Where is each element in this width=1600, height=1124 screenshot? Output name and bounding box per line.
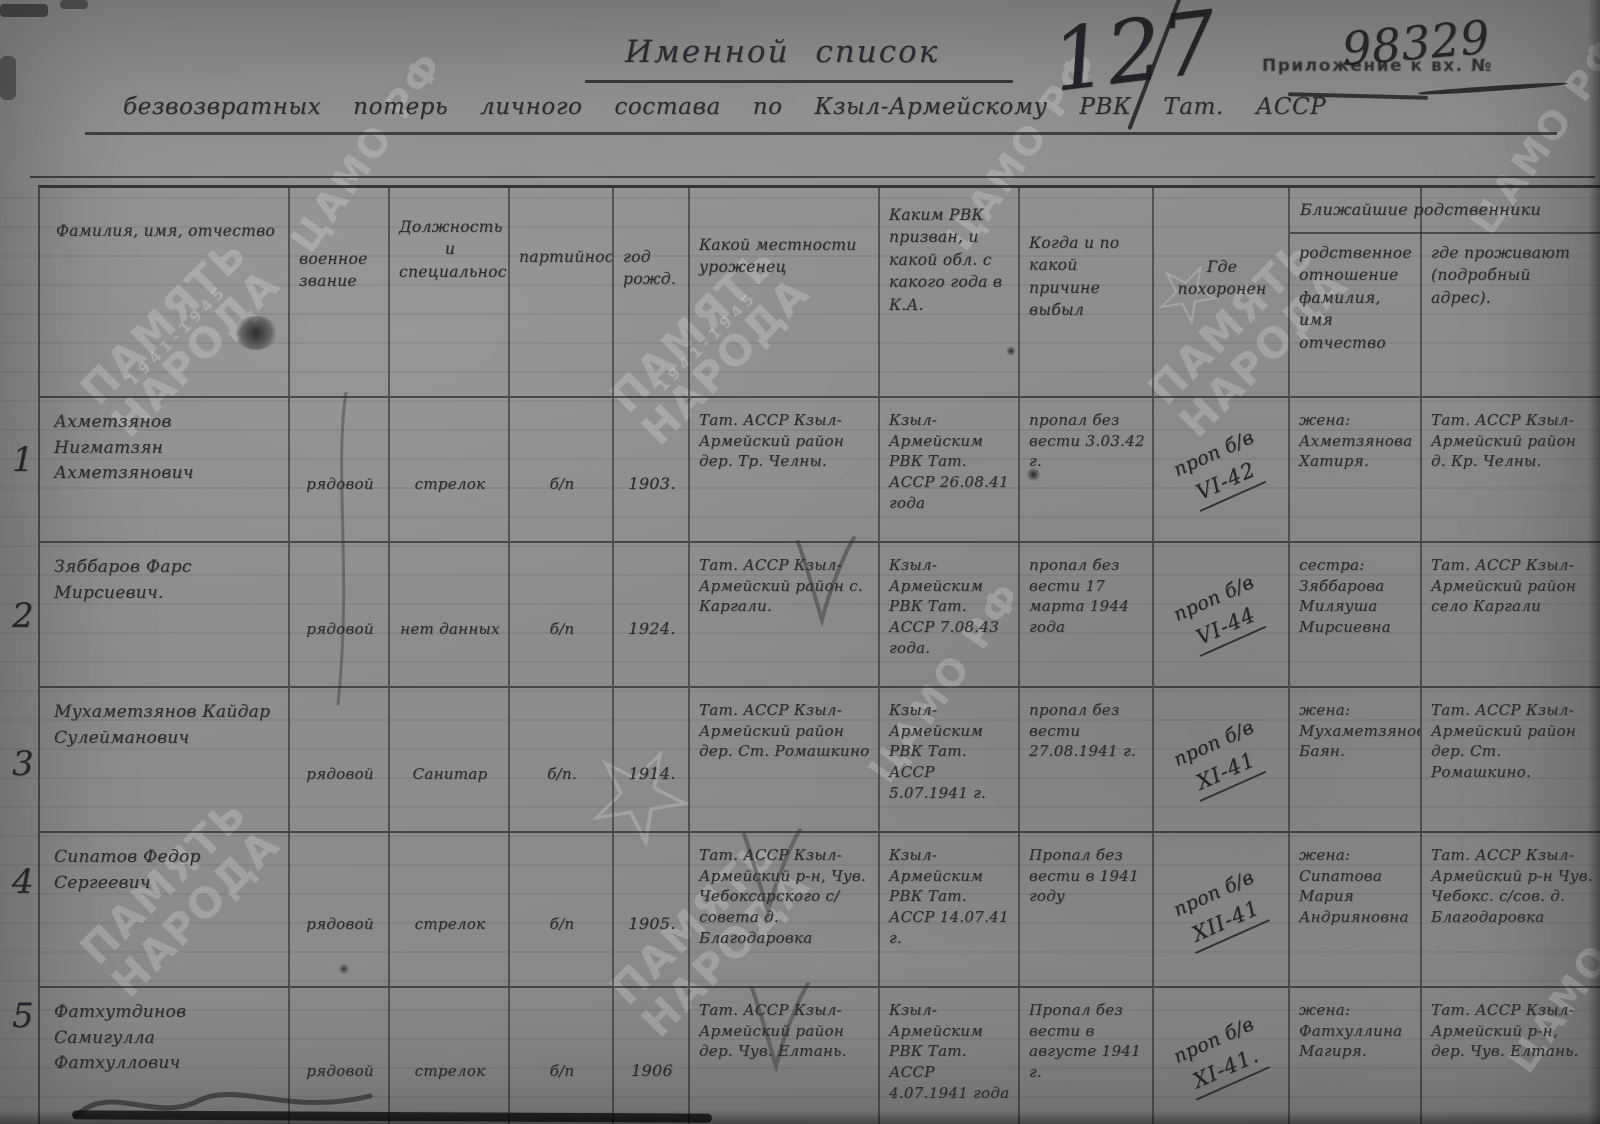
cell-drafted: Кзыл-Армейским РВК Тат. АССР 26.08.41 го…	[880, 398, 1020, 543]
cell-rank: рядовой	[290, 543, 390, 688]
cell-birthplace: Тат. АССР Кзыл-Армейский район с. Каргал…	[690, 543, 880, 688]
cell-year: 1903.	[614, 398, 690, 543]
cell-fate: пропал без вести 17 марта 1944 года	[1020, 543, 1154, 688]
document-title: Именной список	[625, 34, 1013, 70]
cell-birthplace: Тат. АССР Кзыл-Армейский район дер. Ст. …	[690, 688, 880, 833]
burial-pencil-note: проп б/вVI-42	[1169, 424, 1272, 515]
cell-grave: проп б/вVI-42	[1154, 398, 1290, 543]
cell-address: Тат. АССР Кзыл-Армейский район д. Кр. Че…	[1422, 398, 1600, 543]
cell-fate: пропал без вести 27.08.1941 г.	[1020, 688, 1154, 833]
cell-relative: жена: Ахметзянова Хатиря.	[1290, 398, 1422, 543]
cell-address: Тат. АССР Кзыл-Армейский район дер. Ст. …	[1422, 688, 1600, 833]
header-birthplace: Какой местности уроженец	[690, 188, 880, 398]
row-number: 3	[12, 744, 34, 784]
cell-duty: стрелок	[390, 988, 510, 1124]
document-subtitle-block: безвозвратных потерь личного состава по …	[85, 94, 1557, 135]
cell-address: Тат. АССР Кзыл-Армейский р-н, дер. Чув. …	[1422, 988, 1600, 1124]
cell-duty: Санитар	[390, 688, 510, 833]
table-top-rule	[30, 176, 1595, 178]
cell-party: б/п	[510, 988, 614, 1124]
cell-year: 1924.	[614, 543, 690, 688]
row-number: 4	[12, 862, 34, 902]
cell-address: Тат. АССР Кзыл-Армейский район село Карг…	[1422, 543, 1600, 688]
cell-year: 1905.	[614, 833, 690, 988]
cell-party: б/п	[510, 543, 614, 688]
cell-rank: рядовой	[290, 688, 390, 833]
scan-artifact	[0, 56, 16, 100]
burial-pencil-note: проп б/вVI-44	[1169, 569, 1272, 660]
cell-name: Фатхутдинов Самигулла Фатхуллович	[40, 988, 290, 1124]
cell-drafted: Кзыл-Армейским РВК Тат. АССР 4.07.1941 г…	[880, 988, 1020, 1124]
page-edge-shadow	[0, 1110, 1600, 1124]
cell-name: Сипатов Федор Сергеевич	[40, 833, 290, 988]
cell-grave: проп б/вXI-41	[1154, 688, 1290, 833]
cell-birthplace: Тат. АССР Кзыл-Армейский р-н, Чув. Чебок…	[690, 833, 880, 988]
cell-duty: нет данных	[390, 543, 510, 688]
header-name: Фамилия, имя, отчество	[40, 188, 290, 398]
cell-rank: рядовой	[290, 398, 390, 543]
row-number: 1	[12, 440, 34, 480]
cell-name: Зяббаров Фарс Мирсиевич.	[40, 543, 290, 688]
casualty-table: Ближайшие родственники Фамилия, имя, отч…	[38, 185, 1600, 1124]
cell-year: 1906	[614, 988, 690, 1124]
cell-party: б/п	[510, 833, 614, 988]
cell-relative: сестра: Зяббарова Миляуша Мирсиевна	[1290, 543, 1422, 688]
cell-party: б/п.	[510, 688, 614, 833]
cell-duty: стрелок	[390, 833, 510, 988]
cell-year: 1914.	[614, 688, 690, 833]
cell-name: Ахметзянов Нигматзян Ахметзянович	[40, 398, 290, 543]
cell-name: Мухаметзянов Кайдар Сулейманович	[40, 688, 290, 833]
cell-rank: рядовой	[290, 833, 390, 988]
cell-grave: проп б/вXI-41.	[1154, 988, 1290, 1124]
header-party: партийность	[510, 188, 614, 398]
page-edge-shadow	[1588, 0, 1600, 1124]
cell-fate: Пропал без вести в августе 1941 г.	[1020, 988, 1154, 1124]
cell-rank: рядовой	[290, 988, 390, 1124]
cell-drafted: Кзыл-Армейским РВК Тат. АССР 5.07.1941 г…	[880, 688, 1020, 833]
attachment-stamp: Приложение к вх. №	[1262, 56, 1562, 76]
header-birth-year: год рожд.	[614, 188, 690, 398]
header-burial-place: Где похоронен	[1154, 188, 1290, 398]
cell-drafted: Кзыл-Армейским РВК Тат. АССР 7.08.43 год…	[880, 543, 1020, 688]
scan-artifact	[0, 4, 48, 17]
cell-fate: Пропал без вести в 1941 году	[1020, 833, 1154, 988]
row-number: 2	[12, 596, 34, 636]
scanned-casualty-list-document: ЦАМО РФ ЦАМО РФ ЦАМО РФ ЦАМО РФ ЦАМО РФ …	[0, 0, 1600, 1124]
cell-birthplace: Тат. АССР Кзыл-Армейский район дер. Чув.…	[690, 988, 880, 1124]
cell-drafted: Кзыл-Армейским РВК Тат. АССР 14.07.41 г.	[880, 833, 1020, 988]
scan-artifact	[60, 0, 88, 9]
header-drafted-by: Каким РВК призван, и какой обл. с какого…	[880, 188, 1020, 398]
cell-address: Тат. АССР Кзыл-Армейский р-н Чув. Чебокс…	[1422, 833, 1600, 988]
cell-fate: пропал без вести 3.03.42 г.	[1020, 398, 1154, 543]
cell-birthplace: Тат. АССР Кзыл-Армейский район дер. Тр. …	[690, 398, 880, 543]
document-title-block: Именной список	[585, 34, 1013, 83]
cell-relative: жена: Сипатова Мария Андрияновна	[1290, 833, 1422, 988]
document-subtitle: безвозвратных потерь личного состава по …	[123, 94, 1557, 120]
cell-relative: жена: Фатхуллина Магиря.	[1290, 988, 1422, 1124]
cell-relative: жена: Мухаметзянова Баян.	[1290, 688, 1422, 833]
header-relatives-group: Ближайшие родственники	[1290, 188, 1600, 234]
row-number: 5	[12, 996, 34, 1036]
cell-party: б/п	[510, 398, 614, 543]
burial-pencil-note: проп б/вXI-41	[1169, 714, 1272, 805]
cell-duty: стрелок	[390, 398, 510, 543]
header-rank: военное звание	[290, 188, 390, 398]
header-duty: Должность и специальность	[390, 188, 510, 398]
cell-grave: проп б/вVI-44	[1154, 543, 1290, 688]
burial-pencil-note: проп б/вXII-41	[1169, 864, 1272, 955]
burial-pencil-note: проп б/вXI-41.	[1169, 1011, 1272, 1102]
cell-grave: проп б/вXII-41	[1154, 833, 1290, 988]
header-casualty-reason: Когда и по какой причине выбыл	[1020, 188, 1154, 398]
